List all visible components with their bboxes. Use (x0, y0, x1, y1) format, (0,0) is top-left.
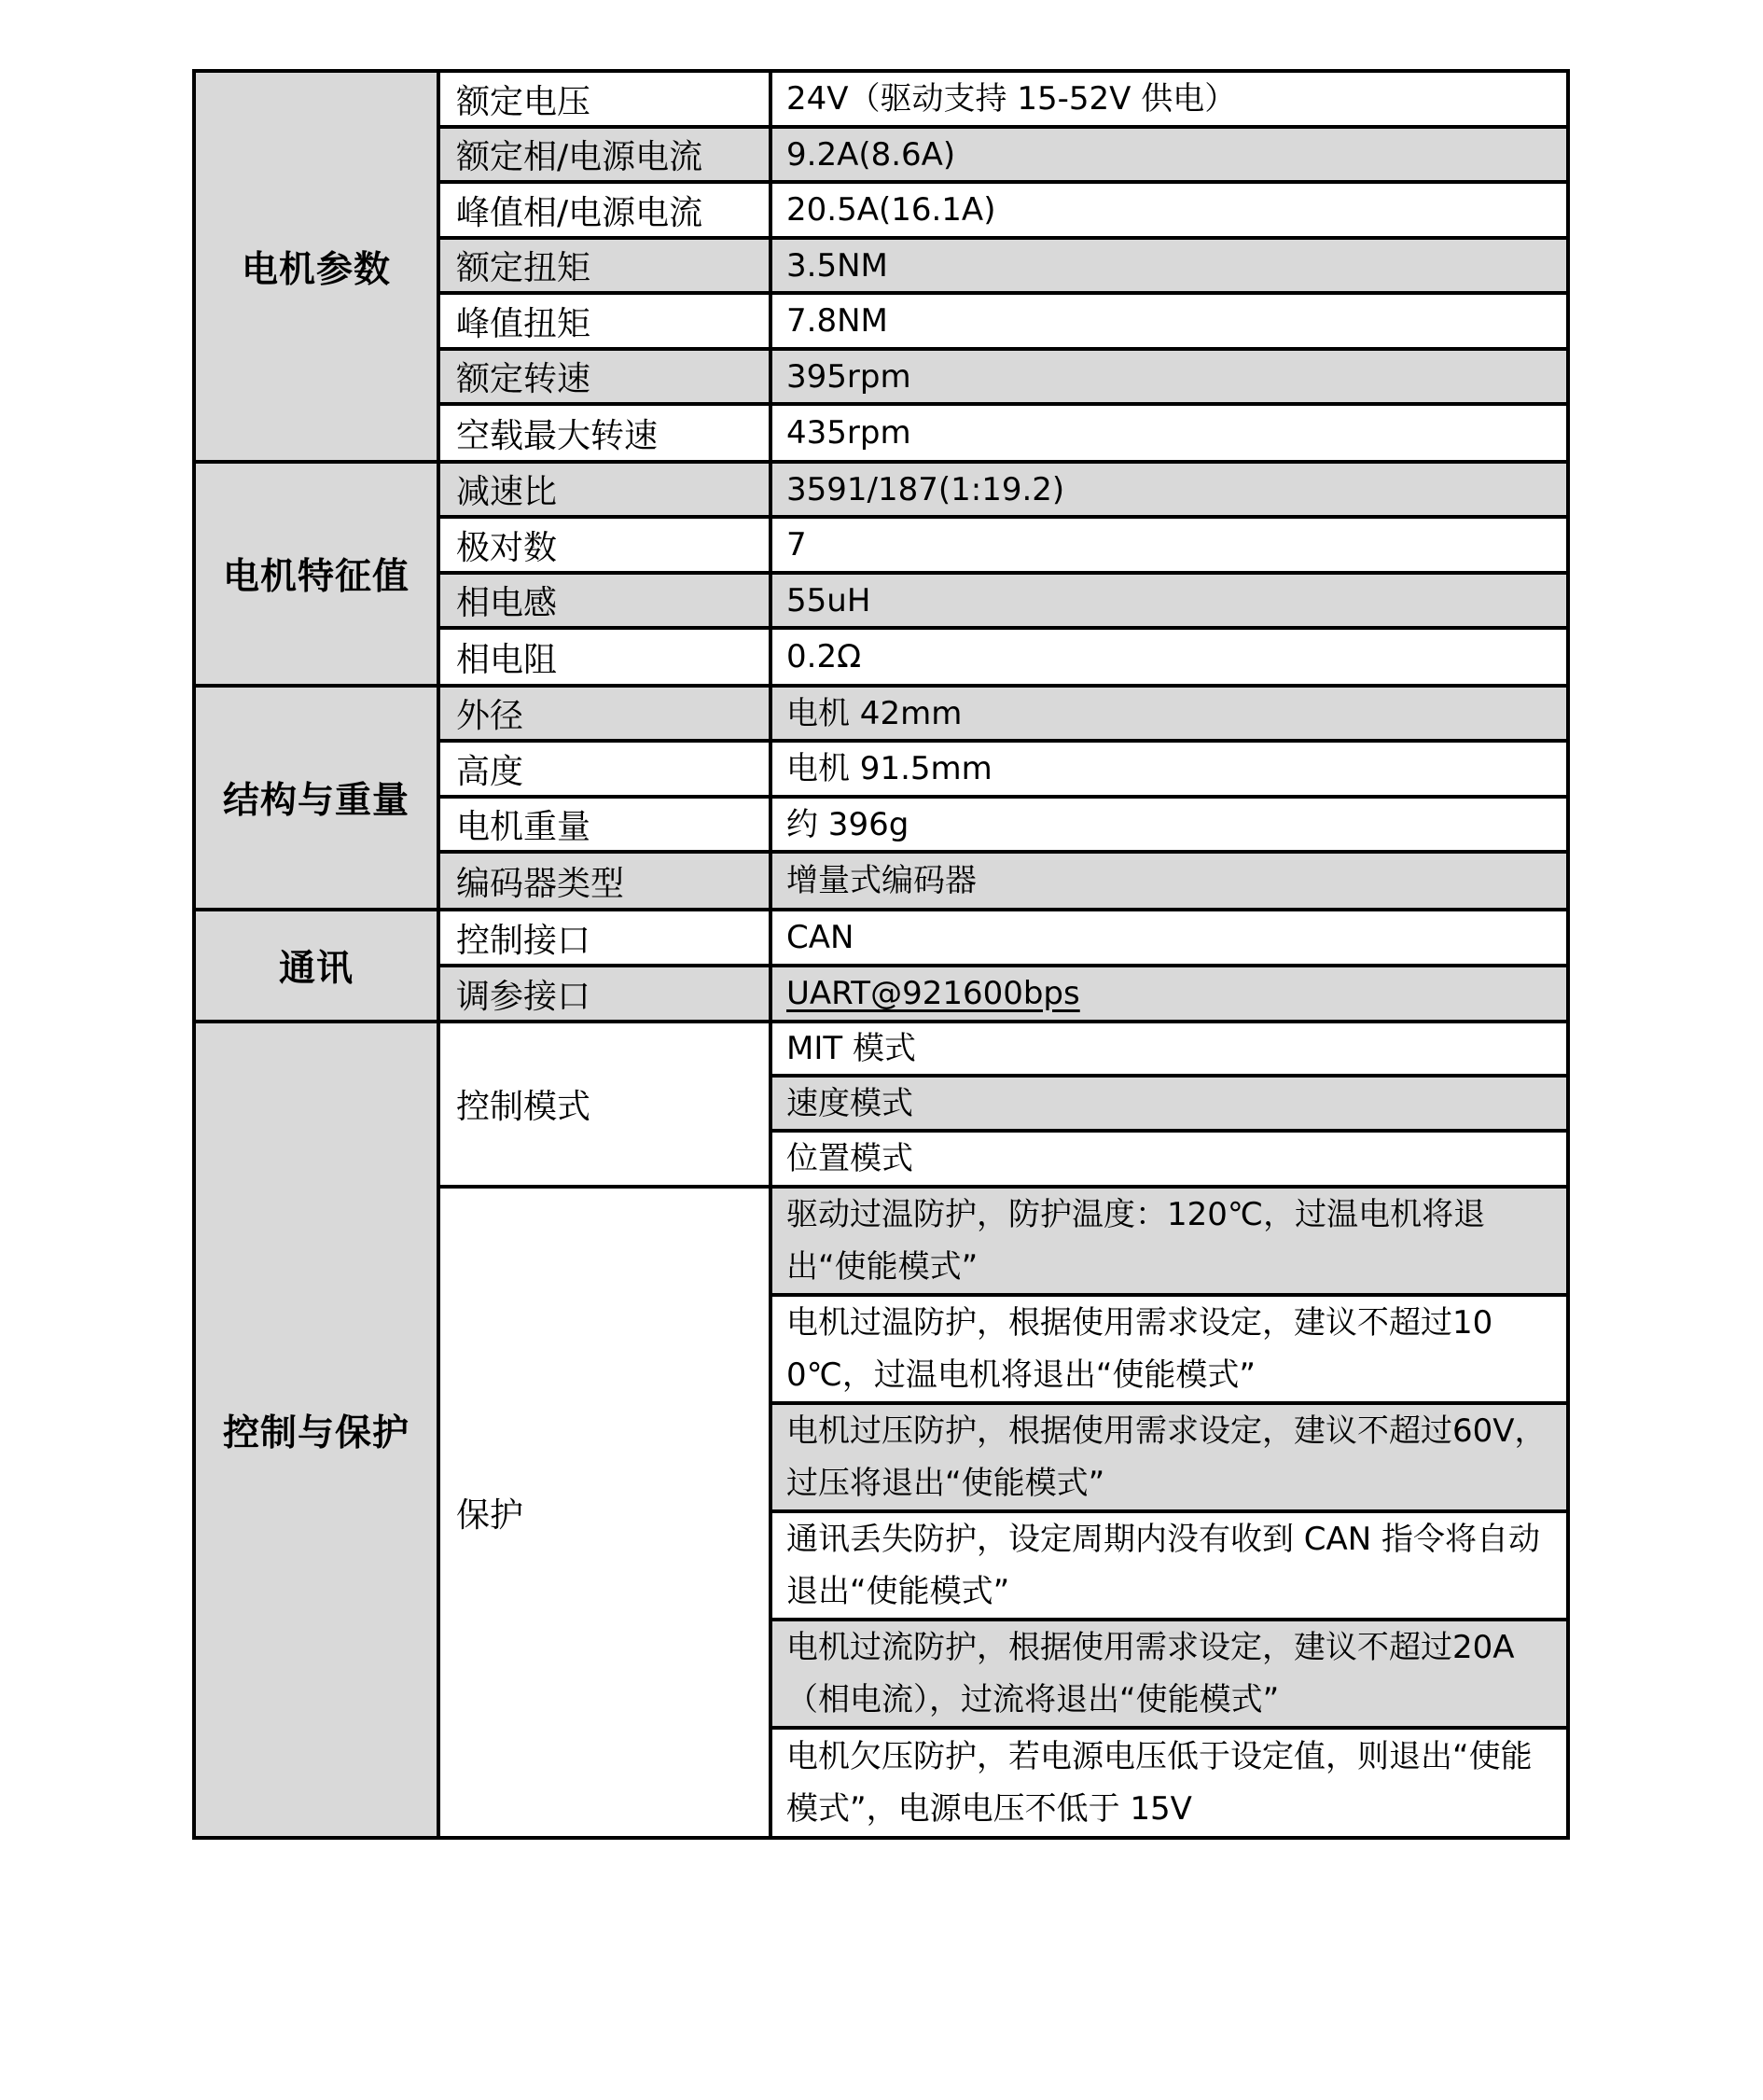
spec-table: 电机参数 额定电压 24V（驱动支持 15-52V 供电） 额定相/电源电流 9… (192, 69, 1570, 1840)
protection-item: 电机过温防护，根据使用需求设定，建议不超过100℃，过温电机将退出“使能模式” (772, 1297, 1566, 1401)
label-cell: 峰值扭矩 (440, 295, 769, 347)
value-cell: MIT 模式 (772, 1023, 1566, 1074)
label-cell: 电机重量 (440, 799, 769, 850)
label-cell: 相电阻 (440, 630, 769, 684)
value-cell: 20.5A(16.1A) (772, 184, 1566, 236)
value-cell: 24V（驱动支持 15-52V 供电） (772, 73, 1566, 125)
category-motor-characteristics: 电机特征值 (196, 464, 437, 684)
label-cell: 调参接口 (440, 967, 769, 1020)
label-cell: 峰值相/电源电流 (440, 184, 769, 236)
category-control-protection: 控制与保护 (196, 1023, 437, 1836)
value-cell: 435rpm (772, 406, 1566, 460)
label-cell: 编码器类型 (440, 854, 769, 908)
value-cell: 7 (772, 519, 1566, 571)
category-label: 控制与保护 (223, 1404, 410, 1456)
label-cell: 额定相/电源电流 (440, 129, 769, 180)
category-label: 结构与重量 (223, 772, 410, 824)
category-label: 电机特征值 (223, 548, 410, 600)
uart-value: UART@921600bps (786, 967, 1080, 1020)
label-cell: 减速比 (440, 464, 769, 515)
value-cell: 位置模式 (772, 1133, 1566, 1185)
label-protection: 保护 (440, 1189, 769, 1836)
value-cell: 电机 91.5mm (772, 743, 1566, 795)
label-cell: 额定电压 (440, 73, 769, 125)
value-cell: 395rpm (772, 351, 1566, 402)
value-cell: 约 396g (772, 799, 1566, 850)
label-cell: 外径 (440, 688, 769, 739)
label-control-mode: 控制模式 (440, 1023, 769, 1185)
category-motor-params: 电机参数 (196, 73, 437, 460)
value-cell: 9.2A(8.6A) (772, 129, 1566, 180)
value-cell: 电机 42mm (772, 688, 1566, 739)
label-cell: 空载最大转速 (440, 406, 769, 460)
label-cell: 额定扭矩 (440, 240, 769, 291)
protection-item: 通讯丢失防护，设定周期内没有收到 CAN 指令将自动退出“使能模式” (772, 1513, 1566, 1618)
label-cell: 极对数 (440, 519, 769, 571)
category-label: 电机参数 (242, 241, 391, 293)
value-cell: CAN (772, 911, 1566, 964)
protection-item: 电机欠压防护，若电源电压低于设定值，则退出“使能模式”，电源电压不低于 15V (772, 1730, 1566, 1836)
protection-item: 电机过压防护，根据使用需求设定，建议不超过60V，过压将退出“使能模式” (772, 1405, 1566, 1509)
category-communication: 通讯 (196, 911, 437, 1020)
value-cell: 增量式编码器 (772, 854, 1566, 908)
label-cell: 控制接口 (440, 911, 769, 964)
label-cell: 相电感 (440, 575, 769, 626)
protection-item: 电机过流防护，根据使用需求设定，建议不超过20A（相电流），过流将退出“使能模式… (772, 1621, 1566, 1726)
value-cell: 3.5NM (772, 240, 1566, 291)
protection-item: 驱动过温防护，防护温度：120℃，过温电机将退出“使能模式” (772, 1189, 1566, 1293)
value-cell: 55uH (772, 575, 1566, 626)
value-cell: 7.8NM (772, 295, 1566, 347)
value-cell: 3591/187(1:19.2) (772, 464, 1566, 515)
value-cell: 速度模式 (772, 1078, 1566, 1129)
category-structure-weight: 结构与重量 (196, 688, 437, 908)
value-cell: UART@921600bps (772, 967, 1566, 1020)
label-cell: 额定转速 (440, 351, 769, 402)
value-cell: 0.2Ω (772, 630, 1566, 684)
label-cell: 高度 (440, 743, 769, 795)
category-label: 通讯 (279, 939, 354, 992)
